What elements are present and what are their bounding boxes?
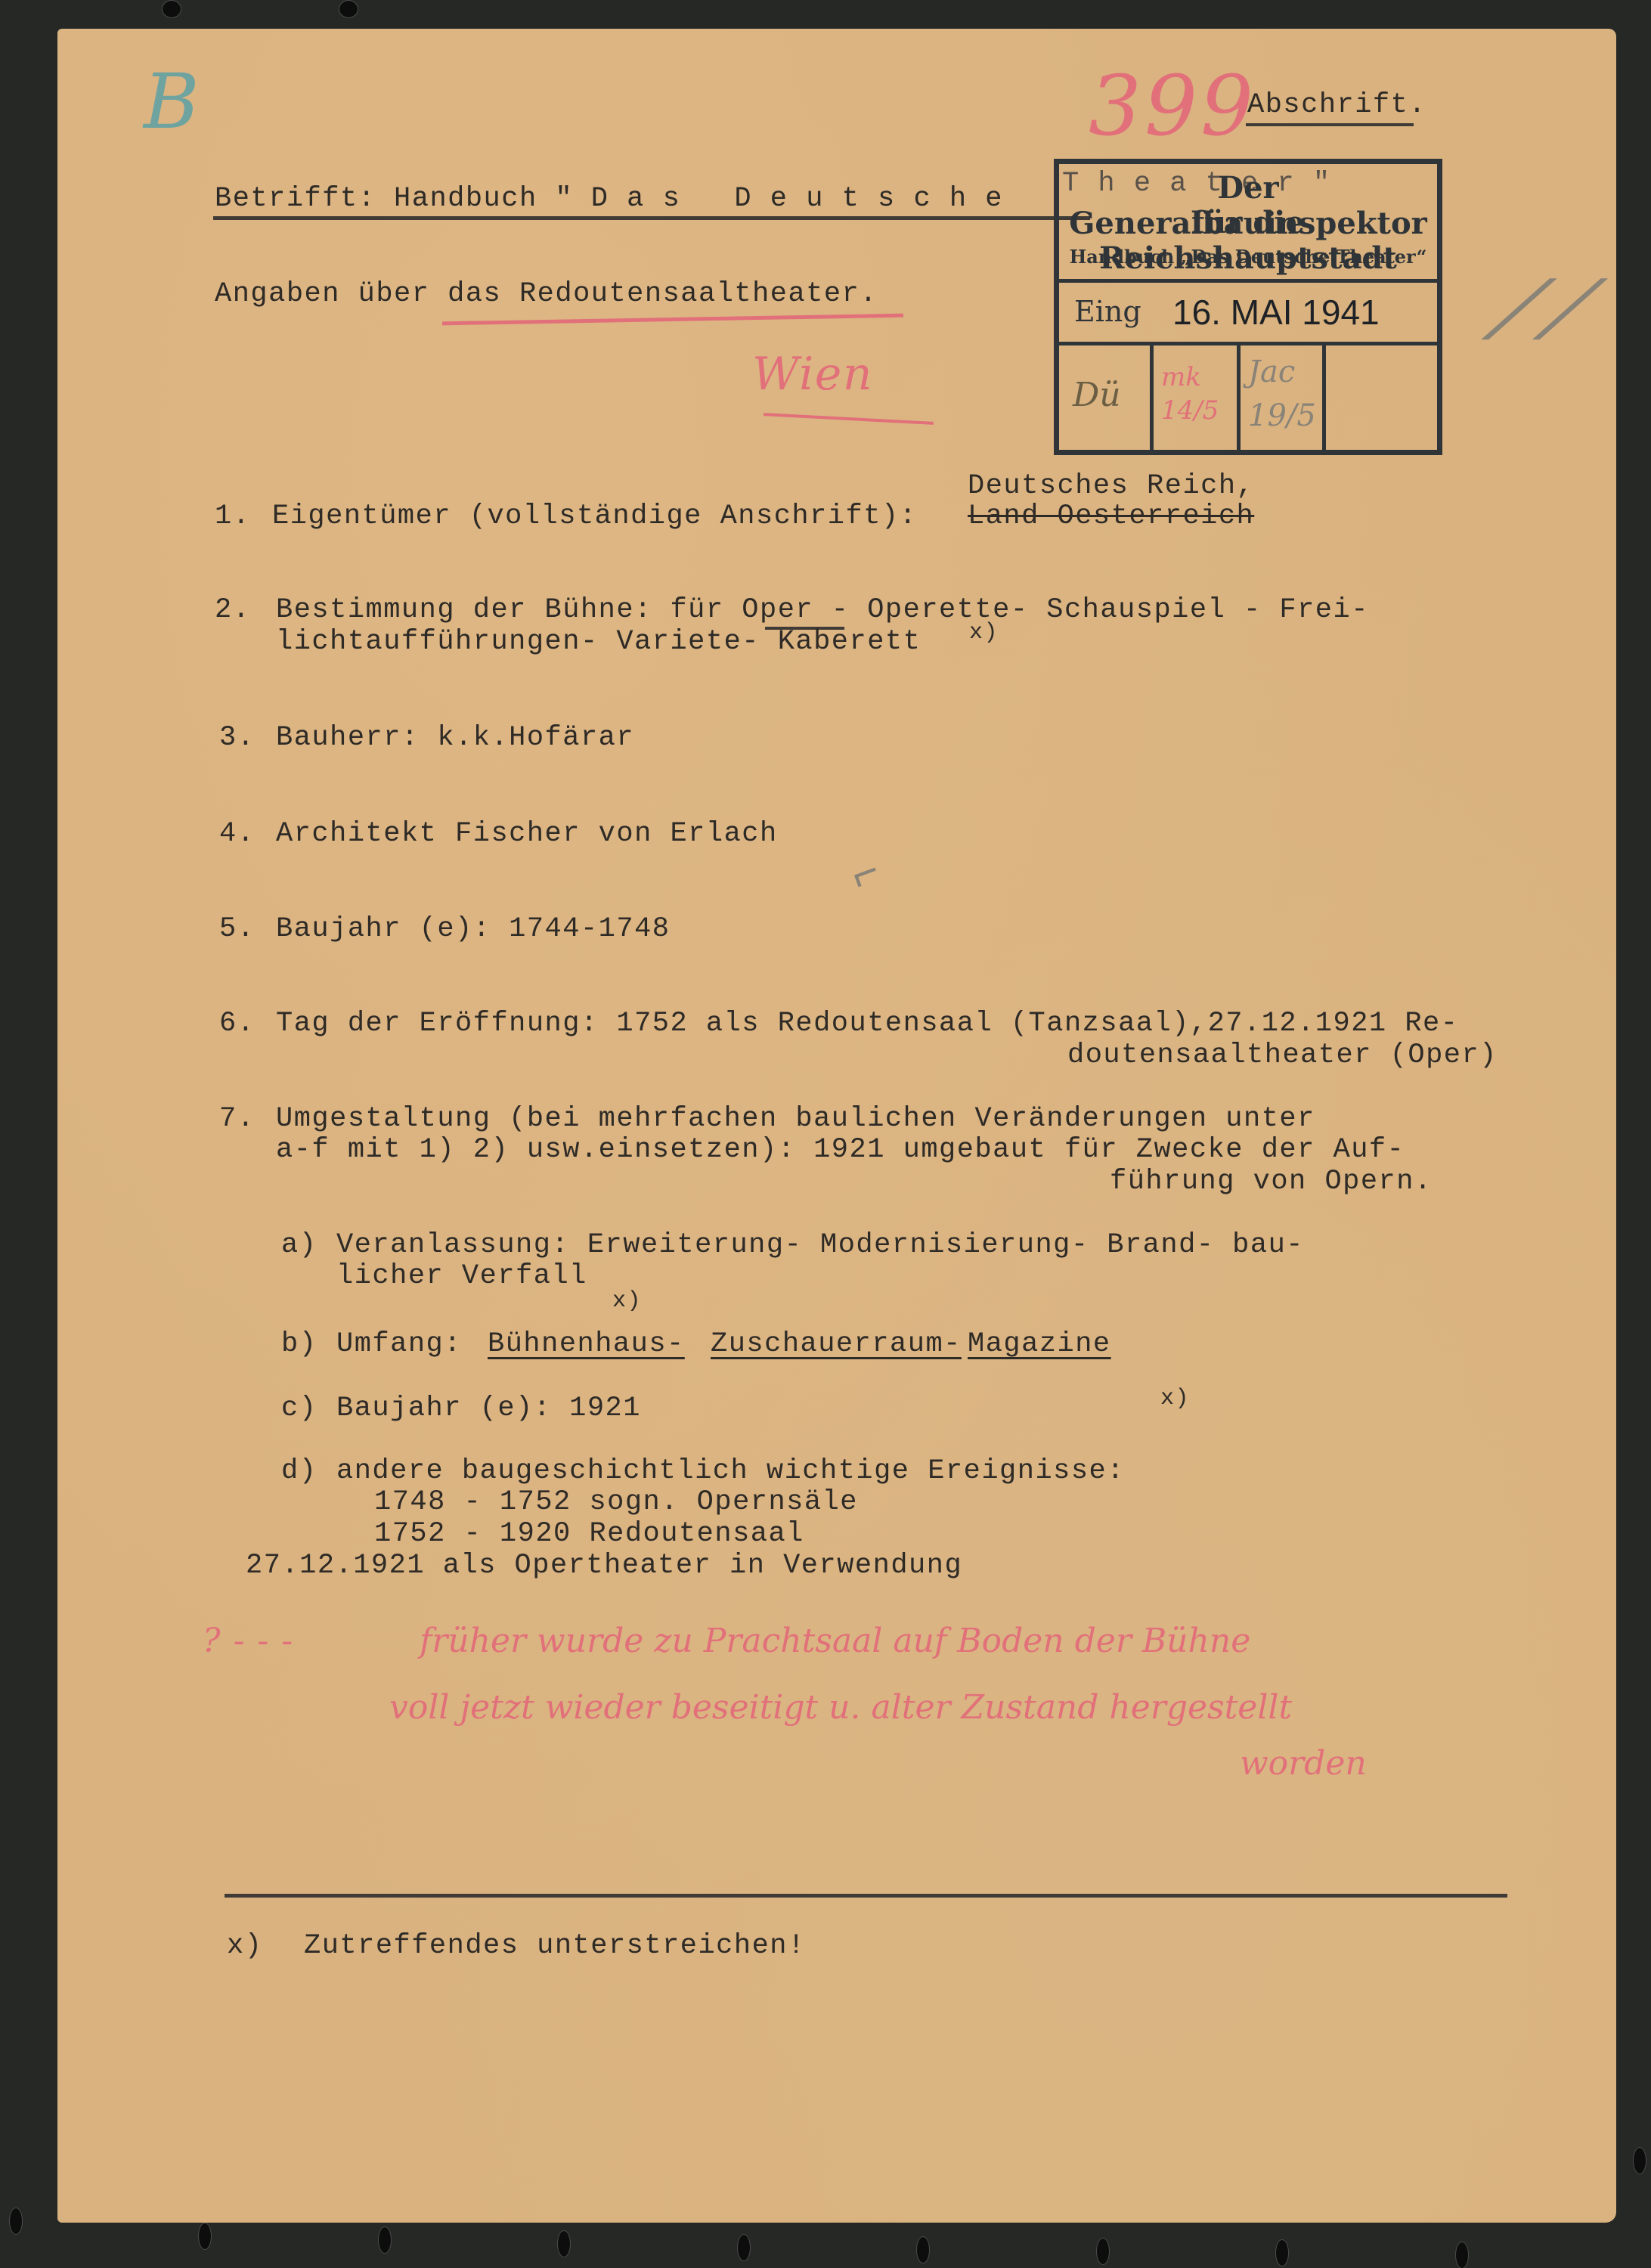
subitem-d-event: 1748 - 1752 sogn. Opernsäle bbox=[374, 1486, 858, 1518]
handwritten-note-line-2: voll jetzt wieder beseitigt u. alter Zus… bbox=[389, 1692, 1292, 1724]
binder-hole bbox=[1275, 2239, 1289, 2266]
subitem-d-label: d) bbox=[281, 1455, 317, 1487]
subitem-a-label: a) bbox=[281, 1229, 317, 1261]
item-6-line-1: Tag der Eröffnung: 1752 als Redoutensaal… bbox=[276, 1008, 1458, 1039]
stamp-cell-value: Dü bbox=[1073, 376, 1121, 414]
subitem-b-prefix: Umfang: bbox=[336, 1328, 462, 1360]
copy-label-underline bbox=[1246, 123, 1414, 126]
binder-hole bbox=[162, 0, 181, 18]
subitem-a-line-1: Veranlassung: Erweiterung- Modernisierun… bbox=[336, 1229, 1304, 1261]
item-1-inserted-value: Deutsches Reich, bbox=[968, 470, 1254, 502]
copy-label: Abschrift. bbox=[1247, 89, 1426, 121]
subitem-b-footnote-mark: x) bbox=[1160, 1383, 1651, 1414]
page-number-annotation: 399 bbox=[1089, 60, 1256, 151]
item-2-line-2: lichtaufführungen- Variete- Kaberett bbox=[276, 626, 921, 658]
stamp-cell-value: mk 14/5 bbox=[1161, 361, 1229, 427]
subitem-d-event: 1752 - 1920 Redoutensaal bbox=[374, 1518, 804, 1550]
margin-letter: B bbox=[144, 60, 200, 144]
item-4-text: Architekt Fischer von Erlach bbox=[276, 818, 778, 850]
footnote-text: Zutreffendes unterstreichen! bbox=[304, 1930, 806, 1962]
stamp-cell: mk 14/5 bbox=[1154, 345, 1241, 451]
stamp-cell-value: Jac 19/5 bbox=[1248, 350, 1316, 438]
binder-hole bbox=[1455, 2242, 1469, 2268]
stamp-received-label: Eing bbox=[1074, 295, 1141, 328]
item-7-line-3: führung von Opern. bbox=[1110, 1166, 1433, 1198]
subitem-d-event: 27.12.1921 als Opertheater in Verwendung bbox=[246, 1550, 962, 1582]
handwritten-note-line-1: früher wurde zu Prachtsaal auf Boden der… bbox=[420, 1625, 1250, 1657]
footnote-mark: x) bbox=[227, 1930, 262, 1962]
subject-underline bbox=[213, 216, 1090, 220]
stamp-received-row: Eing 16. MAI 1941 bbox=[1059, 283, 1437, 345]
subitem-c-text: Baujahr (e): 1921 bbox=[336, 1393, 641, 1424]
item-3-text: Bauherr: k.k.Hofärar bbox=[276, 722, 634, 754]
heading: Angaben über das Redoutensaaltheater. bbox=[215, 278, 878, 310]
item-2-number: 2. bbox=[215, 594, 250, 626]
subitem-a-line-2: licher Verfall bbox=[336, 1260, 587, 1292]
item-7-number: 7. bbox=[219, 1103, 255, 1135]
subitem-d-text: andere baugeschichtlich wichtige Ereigni… bbox=[336, 1455, 1125, 1487]
subitem-b-part-auditorium: Zuschauerraum- bbox=[711, 1328, 962, 1360]
stamp-received-date: 16. MAI 1941 bbox=[1172, 292, 1380, 333]
item-4-number: 4. bbox=[219, 818, 255, 850]
subitem-b-label: b) bbox=[281, 1328, 317, 1360]
binder-hole bbox=[339, 0, 358, 18]
item-6-number: 6. bbox=[219, 1008, 255, 1039]
stamp-cell: Dü bbox=[1059, 345, 1154, 451]
item-7-line-2: a-f mit 1) 2) usw.einsetzen): 1921 umgeb… bbox=[276, 1134, 1405, 1166]
item-1-number: 1. bbox=[215, 500, 250, 532]
binder-hole bbox=[916, 2236, 930, 2263]
stamp-cell: Jac 19/5 bbox=[1241, 345, 1326, 451]
binder-hole bbox=[1096, 2238, 1110, 2265]
red-initials: Wien bbox=[752, 348, 873, 401]
subitem-b-part-stage-house: Bühnenhaus- bbox=[488, 1328, 685, 1360]
binder-hole bbox=[737, 2234, 751, 2261]
stamp-line-3: Handbuch „Das Deutsche Theater“ bbox=[1059, 246, 1437, 268]
handwritten-note-prefix: ? - - - bbox=[203, 1625, 294, 1657]
stamp-header: Der Generalbauinspektor für die Reichsha… bbox=[1059, 164, 1437, 283]
binder-hole bbox=[198, 2223, 212, 2250]
binder-hole bbox=[9, 2208, 23, 2235]
subitem-b-part-magazines: Magazine bbox=[968, 1328, 1111, 1360]
item-2-footnote-mark: x) bbox=[969, 617, 1651, 649]
item-1-struck-value: Land Oesterreich bbox=[968, 500, 1254, 532]
item-7-line-1: Umgestaltung (bei mehrfachen baulichen V… bbox=[276, 1103, 1315, 1135]
binder-hole bbox=[1633, 2147, 1646, 2174]
footnote-separator bbox=[225, 1894, 1507, 1898]
subitem-c-label: c) bbox=[281, 1393, 317, 1424]
handwritten-note-line-3: worden bbox=[1240, 1748, 1367, 1780]
received-stamp: Der Generalbauinspektor für die Reichsha… bbox=[1054, 159, 1442, 455]
item-6-line-2: doutensaaltheater (Oper) bbox=[1067, 1039, 1498, 1071]
item-1-label: Eigentümer (vollständige Anschrift): bbox=[272, 500, 917, 532]
item-5-text: Baujahr (e): 1744-1748 bbox=[276, 913, 670, 945]
subitem-a-footnote-mark: x) bbox=[612, 1285, 1651, 1317]
item-3-number: 3. bbox=[219, 722, 255, 754]
subject-line: Betrifft: Handbuch " D a s D e u t s c h… bbox=[215, 183, 1003, 215]
stamp-cell bbox=[1326, 345, 1432, 451]
binder-hole bbox=[378, 2226, 392, 2254]
item-5-number: 5. bbox=[219, 913, 255, 945]
binder-hole bbox=[557, 2230, 571, 2257]
